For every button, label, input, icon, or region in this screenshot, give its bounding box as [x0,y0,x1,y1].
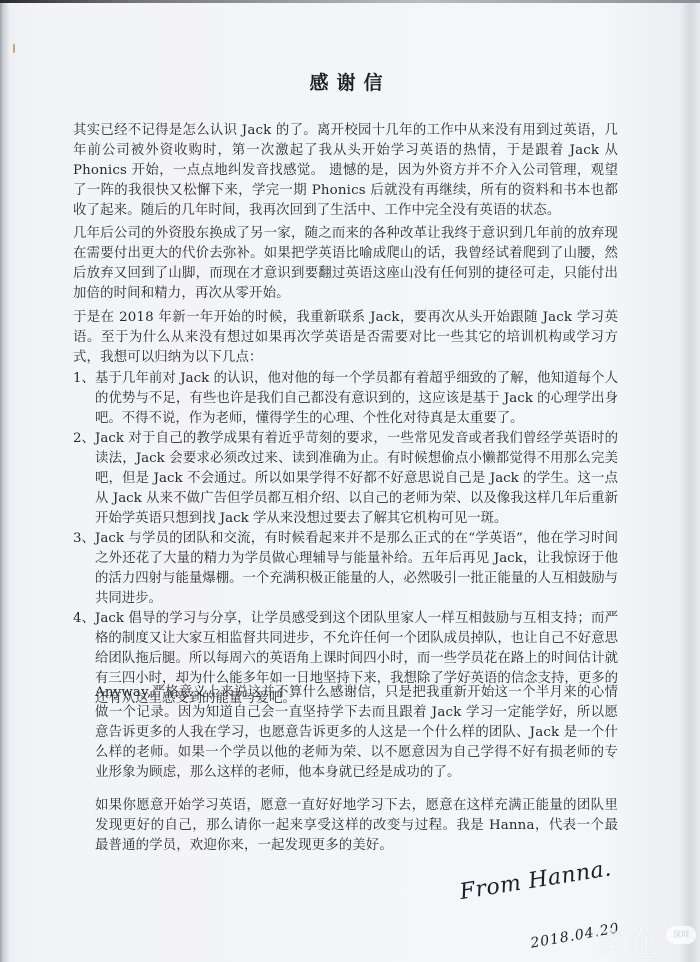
watermark-badge: 深圳 [666,926,696,944]
scanned-page: 感谢信 其实已经不记得是怎么认识 Jack 的了。离开校园十几年的工作中从来没有… [0,0,700,962]
paragraph-reasons-intro: 于是在 2018 年新一年开始的时候，我重新联系 Jack，要再次从头开始跟随 … [73,308,618,368]
reason-number: 1、 [73,369,95,389]
reason-number: 2、 [73,429,95,449]
handwritten-signature: From Hanna. [458,856,613,905]
reason-number: 3、 [73,529,95,549]
watermark-logo: 家在 [596,918,660,962]
reasons-list: 1、 基于几年前对 Jack 的认识，他对他的每一个学员都有着超乎细致的了解，他… [73,369,618,709]
reason-number: 4、 [73,609,95,629]
paragraph-anyway: Anyway,严格意义上来说这并不算什么感谢信，只是把我重新开始这一个半月来的心… [95,683,618,783]
reason-text: Jack 与学员的团队和交流，有时候看起来并不是那么正式的在“学英语”，他在学习… [95,531,618,606]
letter-title: 感谢信 [0,68,700,95]
paragraph-invitation: 如果你愿意开始学习英语，愿意一直好好地学习下去，愿意在这样充满正能量的团队里发现… [95,796,618,856]
reason-text: 基于几年前对 Jack 的认识，他对他的每一个学员都有着超乎细致的了解，他知道每… [95,371,618,426]
letter: 感谢信 其实已经不记得是怎么认识 Jack 的了。离开校园十几年的工作中从来没有… [0,0,700,962]
reason-text: Jack 对于自己的教学成果有着近乎苛刻的要求，一些常见发音或者我们曾经学英语时… [95,431,618,526]
reason-item-3: 3、 Jack 与学员的团队和交流，有时候看起来并不是那么正式的在“学英语”，他… [73,529,618,609]
paragraph-restart: 几年后公司的外资股东换成了另一家，随之而来的各种改革让我终于意识到几年前的放弃现… [73,224,618,304]
paragraph-intro: 其实已经不记得是怎么认识 Jack 的了。离开校园十几年的工作中从来没有用到过英… [73,121,618,221]
reason-item-1: 1、 基于几年前对 Jack 的认识，他对他的每一个学员都有着超乎细致的了解，他… [73,369,618,429]
reason-item-2: 2、 Jack 对于自己的教学成果有着近乎苛刻的要求，一些常见发音或者我们曾经学… [73,429,618,529]
